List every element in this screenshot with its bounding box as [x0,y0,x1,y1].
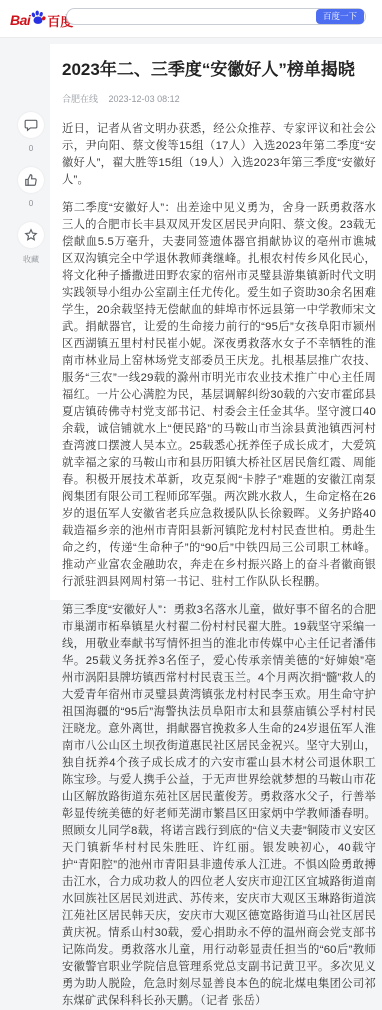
like-count: 0 [29,199,33,208]
search-button[interactable]: 百度一下 [316,9,364,24]
thumbs-up-icon [24,173,38,187]
article-source: 合肥在线 [62,94,98,104]
article-body: 近日，记者从省文明办获悉，经公众推荐、专家评议和社会公示，尹向阳、蔡文俊等15组… [62,121,376,600]
top-search-bar: Bai 百度 百度一下 [0,0,382,38]
baidu-logo-bai-text: Bai [10,12,30,28]
comment-bubble-icon [24,118,38,132]
favorite-label: 收藏 [23,254,39,265]
like-button[interactable] [18,167,44,193]
article-title: 2023年二、三季度“安徽好人”榜单揭晓 [62,58,376,82]
article-meta: 合肥在线 2023-12-03 08:12 [62,92,376,105]
floating-action-rail: 0 0 收藏 [16,112,46,279]
article-paragraph: 近日，记者从省文明办获悉，经公众推荐、专家评议和社会公示，尹向阳、蔡文俊等15组… [62,121,376,189]
article-card: 2023年二、三季度“安徽好人”榜单揭晓 合肥在线 2023-12-03 08:… [50,44,382,600]
baidu-logo[interactable]: Bai 百度 [10,10,73,30]
comment-count: 0 [29,144,33,153]
article-publish-time: 2023-12-03 08:12 [109,94,180,104]
favorite-button[interactable] [18,222,44,248]
comment-button[interactable] [18,112,44,138]
article-paragraph: 第二季度“安徽好人”：出差途中见义勇为，舍身一跃勇救落水三人的合肥市长丰县双凤开… [62,200,376,591]
baidu-paw-icon [30,10,46,30]
star-icon [24,228,38,242]
